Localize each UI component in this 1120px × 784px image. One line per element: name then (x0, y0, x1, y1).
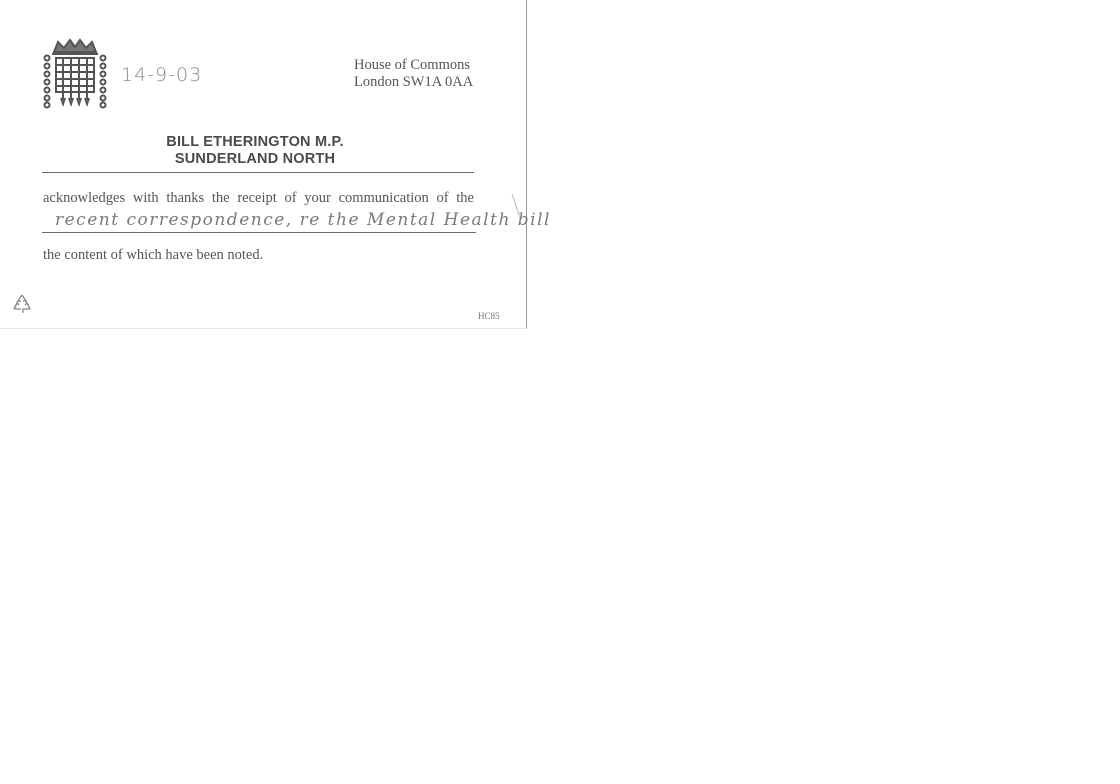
mp-name: BILL ETHERINGTON M.P. (150, 134, 360, 151)
address-block: House of Commons London SW1A 0AA (354, 57, 473, 91)
closing-text: the content of which have been noted. (43, 247, 263, 264)
acknowledgement-card: 14-9-03 House of Commons London SW1A 0AA… (0, 0, 527, 329)
mp-constituency: SUNDERLAND NORTH (150, 151, 360, 168)
acknowledgement-text: acknowledges with thanks the receipt of … (43, 190, 474, 207)
mp-stamp: BILL ETHERINGTON M.P. SUNDERLAND NORTH (150, 134, 360, 168)
handwritten-subject: recent correspondence, re the Mental Hea… (55, 210, 505, 230)
form-code: HC85 (478, 311, 500, 321)
divider (42, 172, 474, 173)
subject-underline (42, 232, 476, 233)
address-line-1: House of Commons (354, 57, 473, 74)
recycle-icon (10, 292, 34, 316)
pen-mark (510, 192, 524, 222)
address-line-2: London SW1A 0AA (354, 74, 473, 91)
portcullis-crest-icon (42, 38, 108, 110)
handwritten-date: 14-9-03 (121, 64, 202, 86)
